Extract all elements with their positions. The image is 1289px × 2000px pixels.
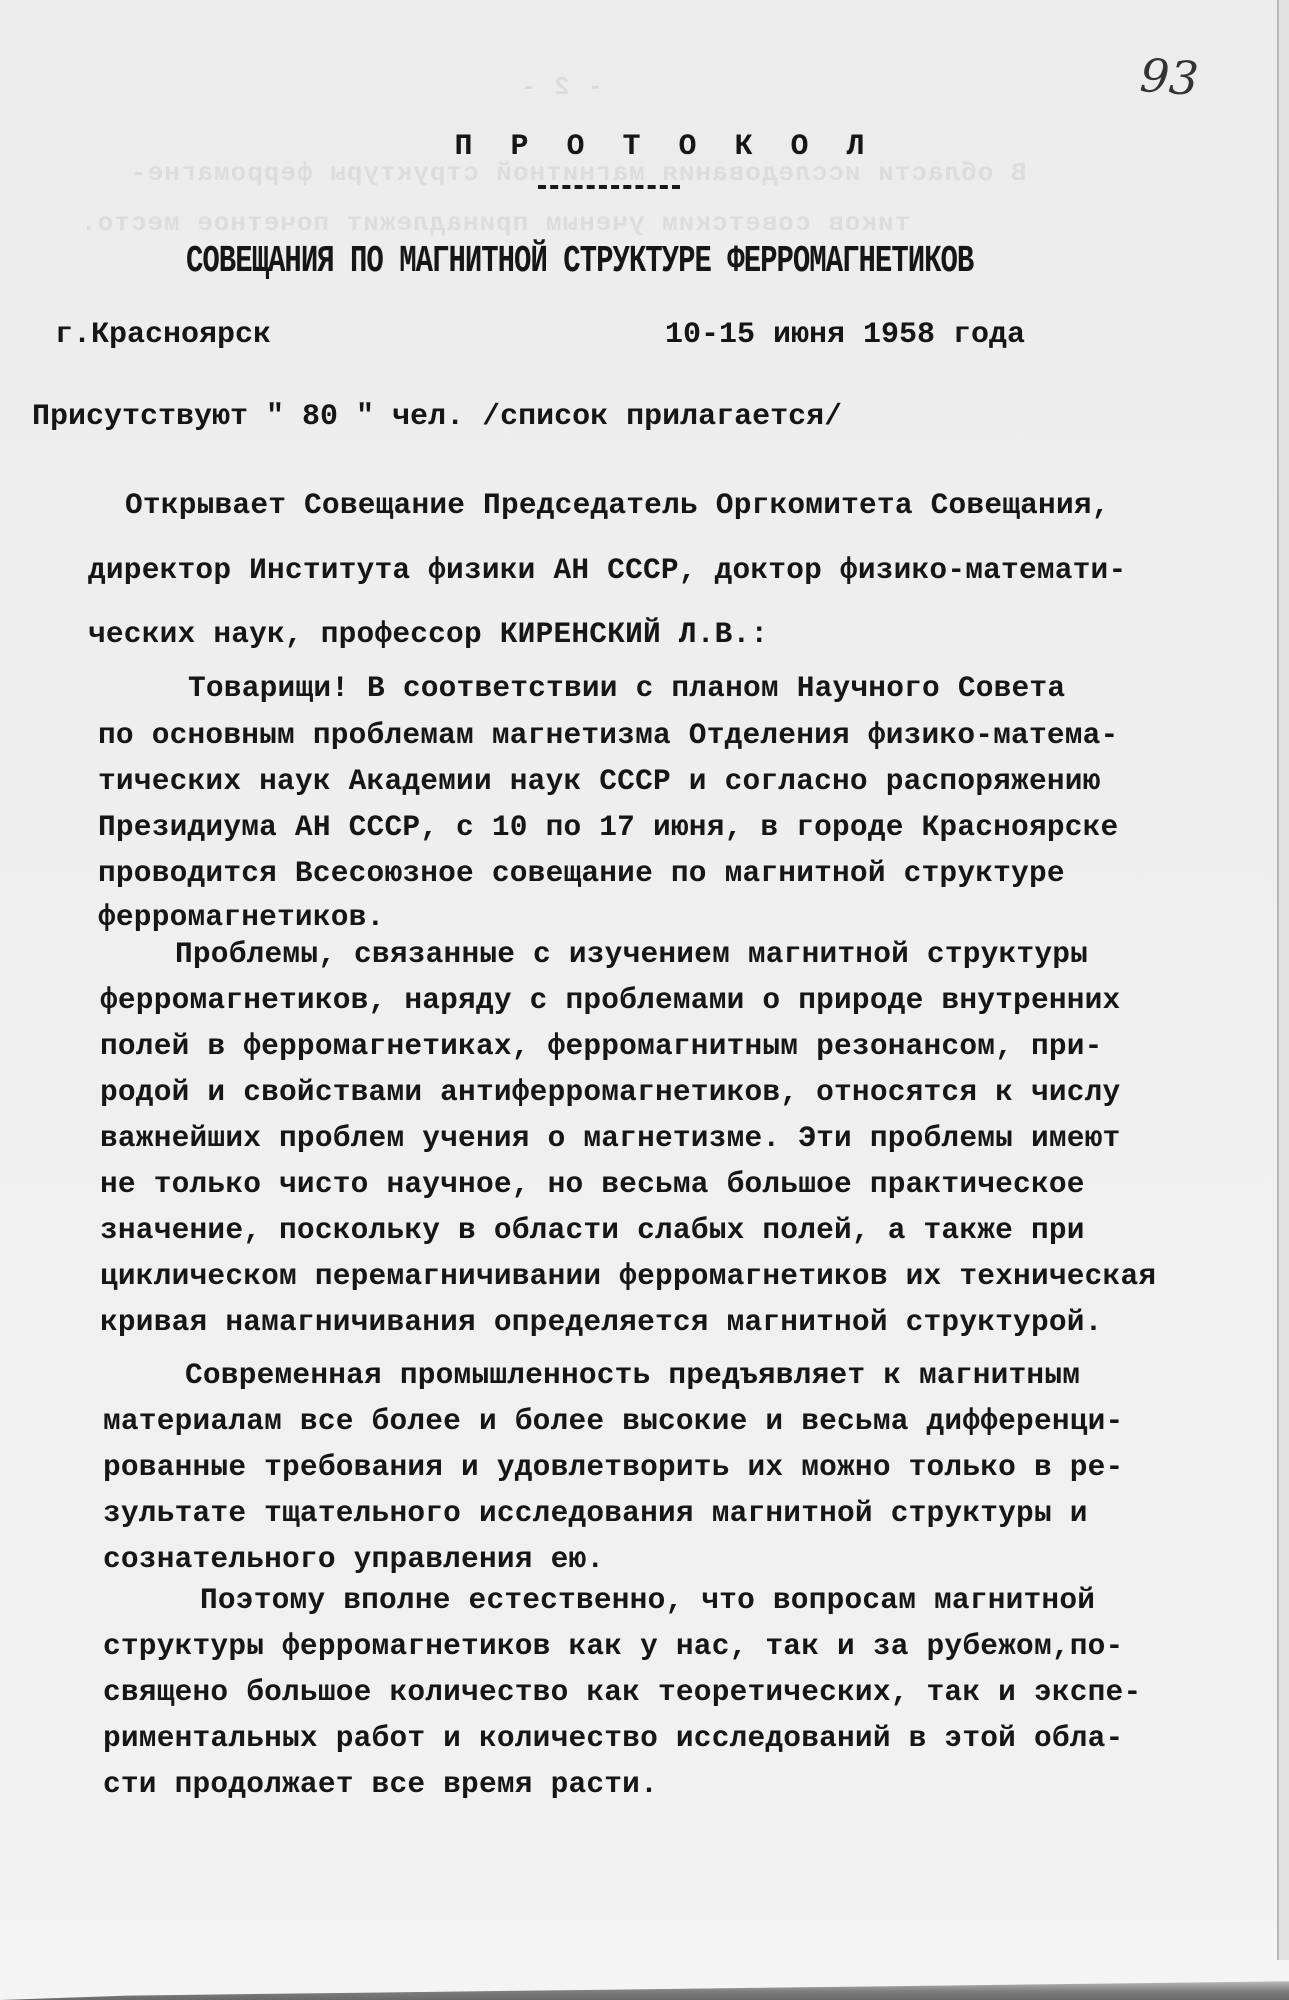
text-line: материалам все более и более высокие и в…	[103, 1404, 1123, 1438]
folio-number: 93	[1138, 48, 1200, 106]
text-line: полей в ферромагнетиках, ферромагнитным …	[100, 1029, 1103, 1063]
text-line: Открывает Совещание Председатель Оргкоми…	[125, 488, 1110, 522]
text-line: по основным проблемам магнетизма Отделен…	[98, 718, 1118, 752]
text-line: кривая намагничивания определяется магни…	[100, 1305, 1103, 1339]
text-line: священо большое количество как теоретиче…	[103, 1675, 1141, 1709]
text-line: Проблемы, связанные с изучением магнитно…	[175, 937, 1088, 971]
bleed-through-page-marker: - 2 -	[520, 72, 603, 102]
document-title: П Р О Т О К О Л	[0, 130, 1289, 164]
text-line: сти продолжает все время расти.	[103, 1767, 658, 1801]
text-line: ческих наук, профессор КИРЕНСКИЙ Л.В.:	[88, 617, 768, 651]
text-line: зультате тщательного исследования магнит…	[103, 1496, 1088, 1530]
text-line: важнейших проблем учения о магнетизме. Э…	[100, 1121, 1120, 1155]
text-line: циклическом перемагничивании ферромагнет…	[100, 1259, 1156, 1293]
text-line: директор Института физики АН СССР, докто…	[88, 553, 1126, 587]
text-line: Товарищи! В соответствии с планом Научно…	[188, 671, 1065, 705]
text-line: значение, поскольку в области слабых пол…	[100, 1213, 1085, 1247]
text-line: проводится Всесоюзное совещание по магни…	[98, 856, 1065, 890]
attendance-line: Присутствуют " 80 " чел. /список прилага…	[32, 400, 842, 434]
text-line: Поэтому вполне естественно, что вопросам…	[200, 1583, 1095, 1617]
text-line: рованные требования и удовлетворить их м…	[103, 1450, 1123, 1484]
text-line: не только чисто научное, но весьма больш…	[100, 1167, 1085, 1201]
document-subtitle: СОВЕЩАНИЯ ПО МАГНИТНОЙ СТРУКТУРЕ ФЕРРОМА…	[186, 240, 973, 283]
meeting-date: 10-15 июня 1958 года	[665, 318, 1025, 352]
text-line: ферромагнетиков, наряду с проблемами о п…	[100, 983, 1120, 1017]
text-line: родой и свойствами антиферромагнетиков, …	[100, 1075, 1120, 1109]
scan-bottom-edge	[0, 1978, 1289, 2000]
text-line: сознательного управления ею.	[103, 1542, 604, 1576]
text-line: риментальных работ и количество исследов…	[103, 1721, 1123, 1755]
document-page: - 2 - В области исследования магнитной с…	[0, 0, 1289, 2000]
meeting-place: г.Красноярск	[55, 318, 271, 352]
title-underline	[538, 185, 680, 193]
bleed-through-line: тиков советским ученым принадлежит почет…	[80, 208, 910, 238]
text-line: ферромагнетиков.	[98, 900, 384, 934]
text-line: тических наук Академии наук СССР и согла…	[98, 764, 1101, 798]
text-line: структуры ферромагнетиков как у нас, так…	[103, 1629, 1123, 1663]
text-line: Современная промышленность предъявляет к…	[185, 1358, 1080, 1392]
page-edge	[1277, 0, 1289, 1960]
text-line: Президиума АН СССР, с 10 по 17 июня, в г…	[98, 810, 1118, 844]
